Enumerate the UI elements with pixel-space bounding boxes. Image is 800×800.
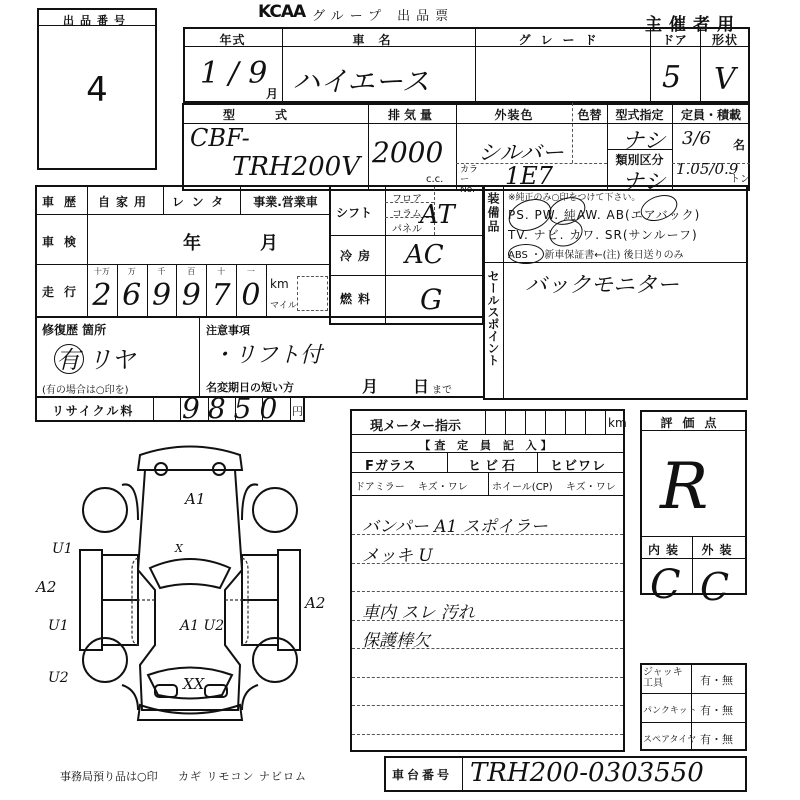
brand-logo: KCAA <box>258 2 305 22</box>
year-label: 年式 <box>183 31 282 48</box>
inspection-month-unit: 月 <box>260 229 278 255</box>
repair-label: 修復歴 箇所 <box>42 321 106 338</box>
displacement-label: 排気量 <box>368 106 456 123</box>
glass-option-crack[interactable]: ヒビワレ <box>550 455 606 474</box>
score-value: R <box>660 450 708 524</box>
caution-day-unit: 日 <box>413 374 429 397</box>
mileage-digit-label: 百 <box>176 266 206 277</box>
mileage-digit: 9 <box>176 278 206 313</box>
shift-column[interactable]: コラム <box>392 205 422 220</box>
sale-point-value: バックモニター <box>525 268 679 299</box>
score-label: 評価点 <box>640 414 747 431</box>
door-value: 5 <box>662 60 681 95</box>
mark-left-rear: U2 <box>48 670 69 686</box>
accessory-puncture-value[interactable]: 有・無 <box>700 702 733 718</box>
caution-month-unit: 月 <box>362 374 378 397</box>
accessory-jack-label: ジャッキ 工具 <box>643 667 689 689</box>
meter-unit: km <box>608 416 627 430</box>
shift-floor[interactable]: フロア <box>392 190 422 205</box>
mileage-digit: 6 <box>117 278 147 313</box>
mileage-digit-label: 万 <box>117 266 147 277</box>
glass-option-chip[interactable]: ヒビ石 <box>468 455 519 474</box>
circle-abs <box>508 244 544 264</box>
shift-value: AT <box>420 200 455 230</box>
color-change-label: 色替 <box>572 106 607 123</box>
wheel-option[interactable]: キズ・ワレ <box>566 478 616 493</box>
caution-label: 注意事項 <box>206 322 250 338</box>
year-value: 1 / 9 <box>200 56 267 91</box>
equipment-label: 装備品 <box>485 192 502 234</box>
interior-label: 内装 <box>640 541 692 558</box>
lot-number-value: 4 <box>39 70 155 110</box>
exterior-label: 外装 <box>692 541 747 558</box>
caution-value: ・リフト付 <box>212 338 322 369</box>
mileage-unit-km: km <box>270 277 289 291</box>
mileage-digit-label: 十万 <box>87 266 117 277</box>
mileage-digit-label: 千 <box>147 266 177 277</box>
exterior-value: C <box>700 565 729 609</box>
lot-number-box: 出品番号 4 <box>37 8 157 170</box>
shift-label: シフト <box>336 204 372 221</box>
door-label: ドア <box>650 31 700 48</box>
mileage-digit: 7 <box>206 278 236 313</box>
office-items-label: 事務局預り品は○印 <box>60 768 158 784</box>
capacity-load-value: 1.05/0.9 <box>676 160 738 178</box>
car-name-label: 車名 <box>282 31 475 48</box>
chassis-label: 車台番号 <box>392 766 452 783</box>
accessory-spare-value[interactable]: 有・無 <box>700 731 733 747</box>
year-month-unit: 月 <box>266 85 279 102</box>
accessory-puncture-label: パンクキット <box>643 703 697 716</box>
fuel-value: G <box>420 283 442 316</box>
inspector-note-line: 車内 スレ 汚れ <box>362 598 475 623</box>
mark-roof: A1 U2 <box>180 618 224 634</box>
inspector-note-line: メッキ U <box>362 541 433 566</box>
history-rental[interactable]: レンタ <box>163 193 240 210</box>
capacity-load-unit: トン <box>730 170 750 185</box>
history-private[interactable]: 自家用 <box>87 193 163 210</box>
repair-circle <box>54 344 84 374</box>
inspector-note-line: バンパー A1 スポイラー <box>362 512 548 537</box>
mark-right-mid: A2 <box>305 594 325 612</box>
history-commercial[interactable]: 事業.営業車 <box>240 193 331 210</box>
displacement-unit: c.c. <box>426 174 443 185</box>
mark-left-front: U1 <box>52 541 73 557</box>
displacement-value: 2000 <box>372 136 443 169</box>
mark-left-rear-door: U1 <box>48 618 69 634</box>
mileage-digit: 2 <box>87 278 117 313</box>
office-items-list[interactable]: カギ リモコン ナビロム <box>178 768 307 784</box>
grade-label: グレード <box>475 31 650 48</box>
mirror-label: ドアミラー <box>355 478 405 493</box>
sheet-title: グループ 出品票 <box>312 5 454 24</box>
history-label: 車歴 <box>42 193 86 210</box>
chassis-value: TRH200-0303550 <box>470 758 704 788</box>
shape-label: 形状 <box>700 31 750 48</box>
car-name-value: ハイエース <box>292 60 429 100</box>
glass-label: Fガラス <box>365 455 417 474</box>
shape-value: V <box>714 62 736 97</box>
recycle-label: リサイクル料 <box>52 402 134 419</box>
sale-point-label: セールスポイント <box>485 270 502 366</box>
fuel-label: 燃料 <box>340 290 376 307</box>
mileage-label: 走行 <box>42 283 86 300</box>
inspection-label: 車検 <box>42 233 86 250</box>
inspector-section-label: 【査 定 員 記 入】 <box>350 437 625 453</box>
capacity-label: 定員・積載 <box>672 106 750 123</box>
inspection-year-unit: 年 <box>183 229 201 255</box>
repair-note: (有の場合は○印を) <box>42 381 129 396</box>
caution-until: まで <box>432 381 452 396</box>
mirror-option[interactable]: キズ・ワレ <box>418 478 468 493</box>
color-label: 外装色 <box>456 106 572 123</box>
interior-value: C <box>650 562 681 608</box>
mark-hood: A1 <box>185 490 205 508</box>
mark-windshield: X <box>175 542 183 555</box>
mileage-digit: 9 <box>147 278 177 313</box>
model-value: TRH200V <box>232 152 360 182</box>
ac-value: AC <box>405 240 444 270</box>
mileage-digit-label: 一 <box>236 266 266 277</box>
model-value-prefix: CBF- <box>190 124 250 152</box>
recycle-unit: 円 <box>292 403 303 419</box>
recycle-value: 9850 <box>182 392 285 425</box>
inspector-note-line: 保護棒欠 <box>362 626 430 651</box>
capacity-persons-unit: 名 <box>733 136 746 153</box>
accessory-spare-label: スペアタイヤ <box>643 732 696 745</box>
wheel-label: ホイール(CP) <box>492 478 553 493</box>
mark-left-mid: A2 <box>36 578 56 596</box>
accessory-jack-value[interactable]: 有・無 <box>700 672 733 688</box>
meter-label: 現メーター指示 <box>370 415 461 434</box>
mark-rear-window: XX <box>183 675 204 693</box>
capacity-persons-value: 3/6 <box>682 128 711 149</box>
mileage-digit-label: 十 <box>206 266 236 277</box>
mileage-unit-mile: マイル <box>270 298 297 311</box>
model-label: 型式 <box>182 106 368 123</box>
ac-label: 冷房 <box>340 247 376 264</box>
shift-panel[interactable]: パネル <box>392 220 422 235</box>
mile-checkbox[interactable] <box>297 276 328 311</box>
mileage-digit: 0 <box>236 278 266 313</box>
type-designation-label: 型式指定 <box>607 106 672 123</box>
